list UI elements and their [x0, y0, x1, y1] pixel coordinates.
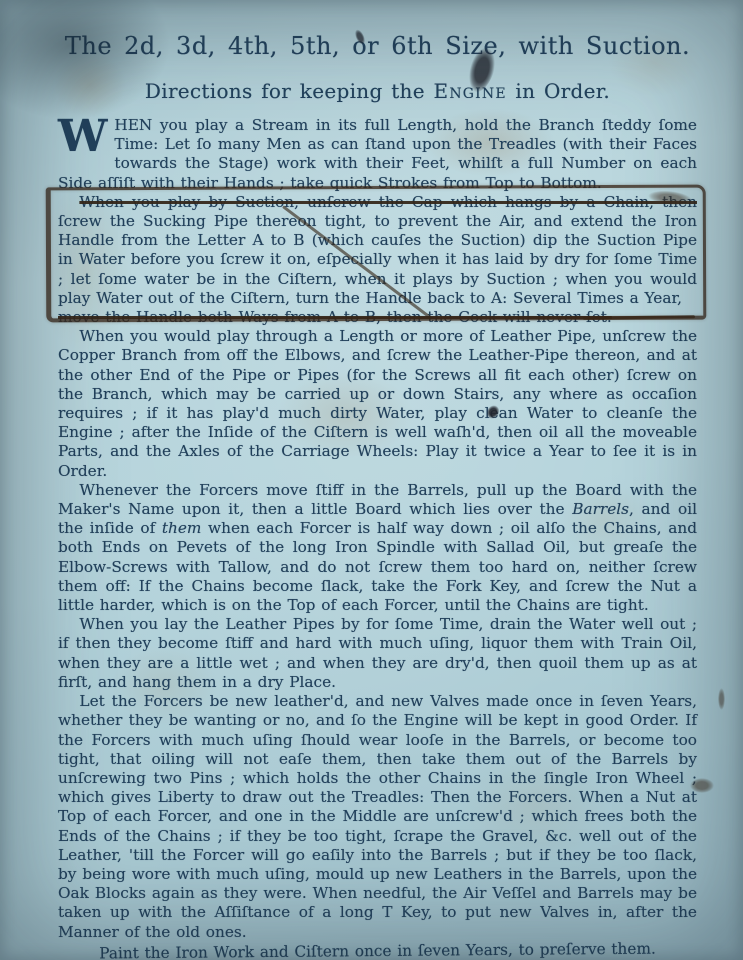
body-text: WHEN you play a Stream in its full Lengt… — [58, 116, 697, 960]
footer-note: Paint the Iron Work and Ciſtern once in … — [58, 939, 697, 960]
section-heading-smallcaps: Engine — [434, 79, 507, 103]
paragraph-intro-text: HEN you play a Stream in its full Length… — [58, 116, 697, 192]
paragraph-maintenance: Let the Forcers be new leather'd, and ne… — [58, 692, 697, 942]
paragraph-suction: When you play by Suction, unſcrew the Ca… — [58, 193, 697, 327]
paragraph-pipe-storage: When you lay the Leather Pipes by for ſo… — [58, 615, 697, 692]
paragraph-forcers-italic-barrels: Barrels — [572, 500, 629, 518]
paragraph-intro: WHEN you play a Stream in its full Lengt… — [58, 116, 697, 193]
paragraph-forcers-italic-them: them — [162, 519, 202, 537]
drop-cap: W — [58, 116, 114, 156]
section-heading: Directions for keeping the Engine in Ord… — [58, 79, 697, 103]
strikethrough-first-line: When you play by Suction, unſcrew the Ca… — [58, 193, 697, 212]
paragraph-forcers: Whenever the Forcers move ſtiff in the B… — [58, 481, 697, 615]
paragraph-suction-body: ſcrew the Sucking Pipe thereon tight, to… — [58, 212, 697, 307]
section-heading-post: in Order. — [507, 79, 610, 103]
strikethrough-last-line: move the Handle both Ways from A to B, t… — [58, 308, 697, 327]
section-heading-pre: Directions for keeping the — [145, 79, 434, 103]
document-photo: The 2d, 3d, 4th, 5th, or 6th Size, with … — [0, 0, 743, 960]
page-content: The 2d, 3d, 4th, 5th, or 6th Size, with … — [0, 0, 743, 960]
paragraph-leather-pipe: When you would play through a Length or … — [58, 327, 697, 481]
paragraph-suction-wrapper: When you play by Suction, unſcrew the Ca… — [58, 193, 697, 327]
page-title: The 2d, 3d, 4th, 5th, or 6th Size, with … — [58, 32, 697, 60]
